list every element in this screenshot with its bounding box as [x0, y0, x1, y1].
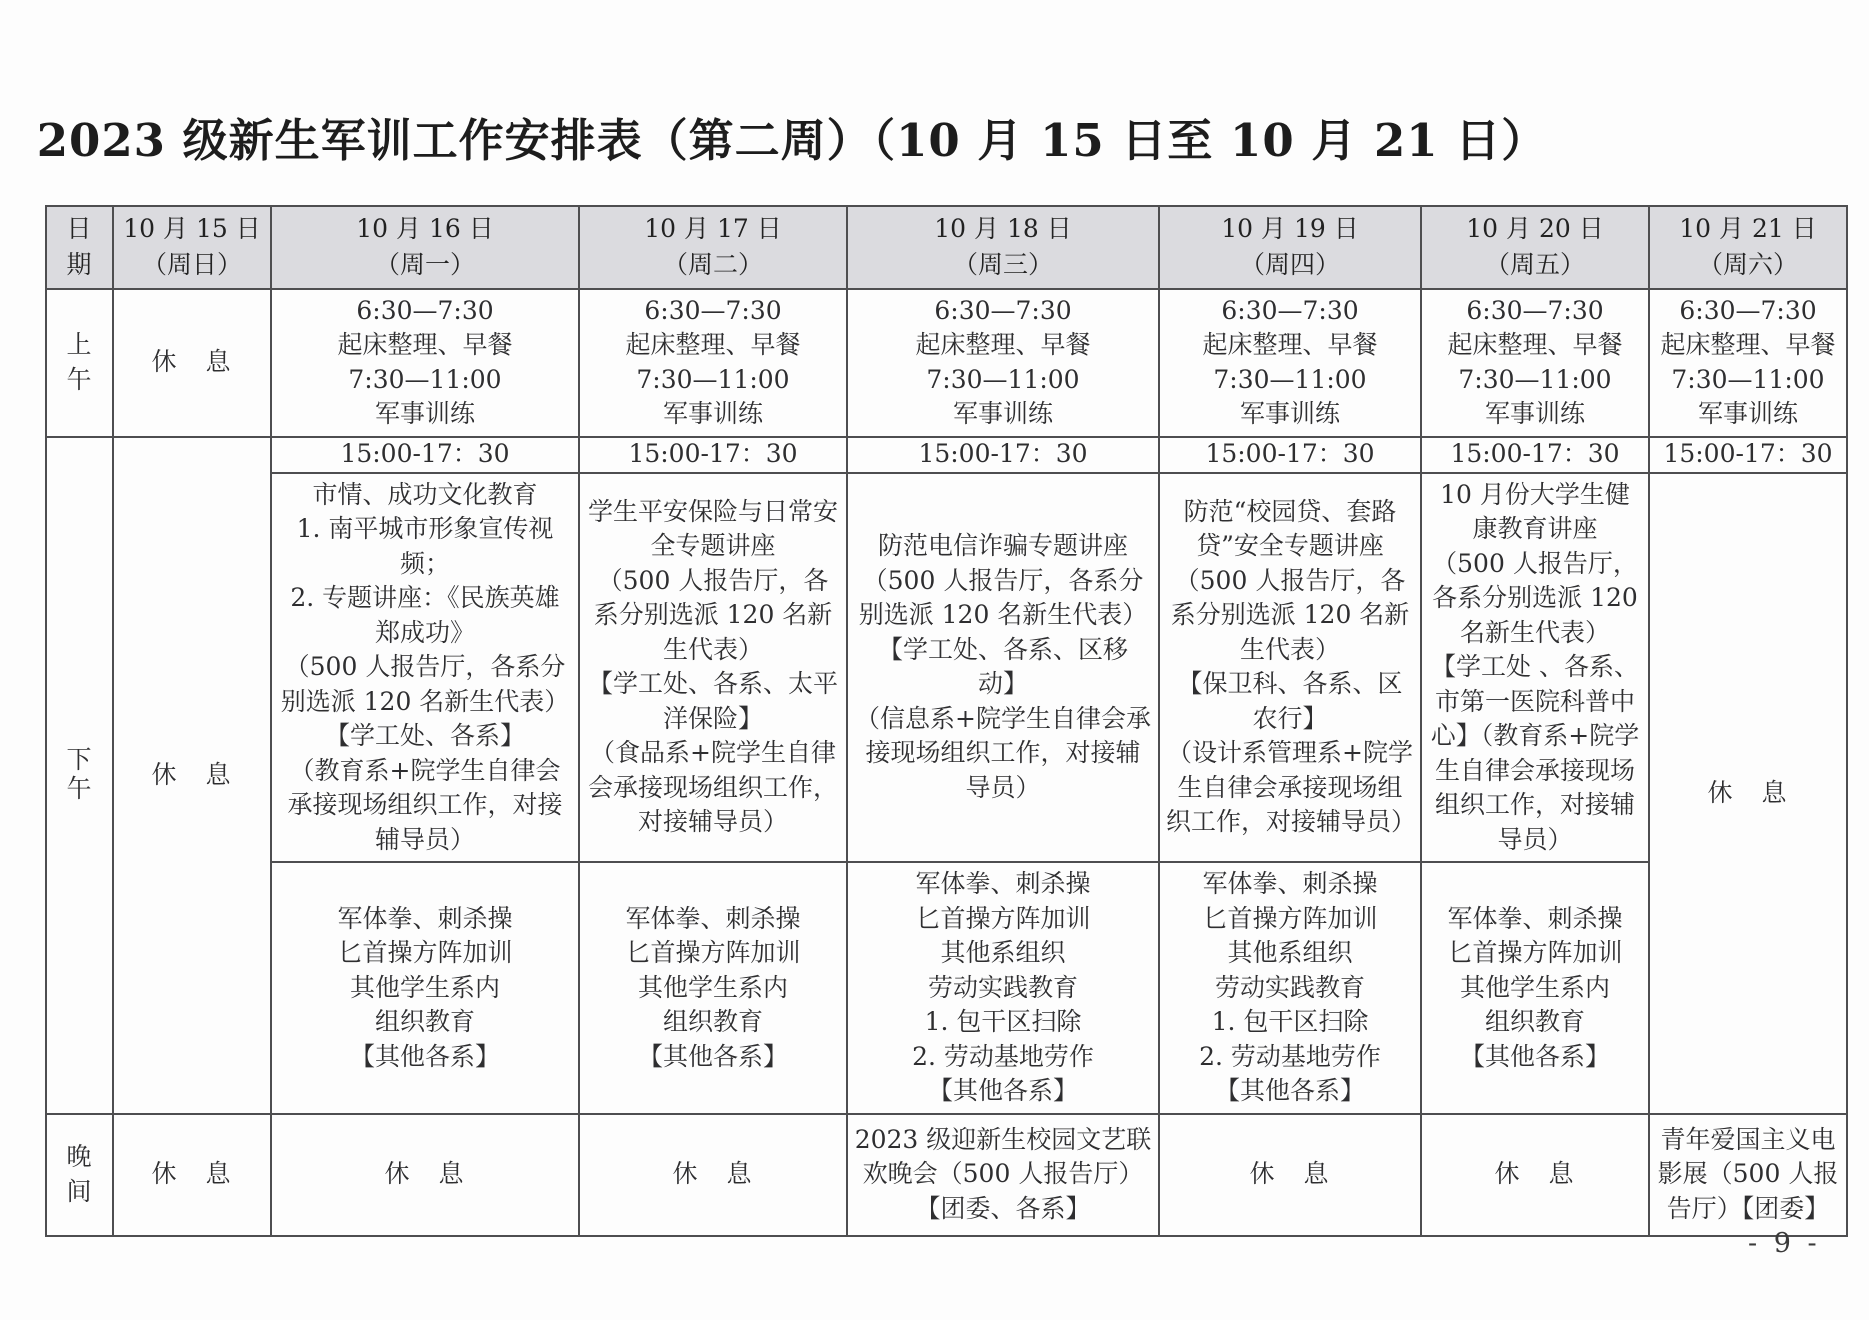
page-number: - 9 -: [1748, 1228, 1821, 1259]
cell-fri-afternoon-lecture: 10 月份大学生健康教育讲座 （500 人报告厅，各系分别选派 120 名新生代…: [1421, 473, 1649, 863]
cell-tue-morning-routine: 6:30—7:30 起床整理、早餐 7:30—11:00 军事训练: [579, 289, 847, 437]
cell-tue-afternoon-lecture: 学生平安保险与日常安全专题讲座 （500 人报告厅，各系分别选派 120 名新生…: [579, 473, 847, 863]
cell-thu-afternoon-lecture: 防范“校园贷、套路贷”安全专题讲座 （500 人报告厅，各系分别选派 120 名…: [1159, 473, 1421, 863]
cell-thu-evening-rest: 休 息: [1159, 1114, 1421, 1236]
cell-sun-evening-rest: 休 息: [113, 1114, 271, 1236]
cell-sat-morning-routine: 6:30—7:30 起床整理、早餐 7:30—11:00 军事训练: [1649, 289, 1847, 437]
cell-fri-afternoon-drill: 军体拳、刺杀操 匕首操方阵加训 其他学生系内 组织教育 【其他各系】: [1421, 862, 1649, 1114]
row-label-afternoon: 下 午: [46, 437, 113, 1114]
cell-fri-morning-routine: 6:30—7:30 起床整理、早餐 7:30—11:00 军事训练: [1421, 289, 1649, 437]
afternoon-lecture-row: 市情、成功文化教育 1. 南平城市形象宣传视频； 2. 专题讲座：《民族英雄郑成…: [46, 473, 1847, 863]
header-tuesday: 10 月 17 日 （周二）: [579, 206, 847, 289]
cell-wed-evening-event: 2023 级迎新生校园文艺联欢晚会（500 人报告厅） 【团委、各系】: [847, 1114, 1159, 1236]
morning-row: 上 午 休 息 6:30—7:30 起床整理、早餐 7:30—11:00 军事训…: [46, 289, 1847, 437]
cell-mon-afternoon-drill: 军体拳、刺杀操 匕首操方阵加训 其他学生系内 组织教育 【其他各系】: [271, 862, 579, 1114]
cell-thu-morning-routine: 6:30—7:30 起床整理、早餐 7:30—11:00 军事训练: [1159, 289, 1421, 437]
cell-sun-afternoon-rest: 休 息: [113, 437, 271, 1114]
afternoon-time-row: 下 午 休 息 15:00-17：30 15:00-17：30 15:00-17…: [46, 437, 1847, 473]
row-label-morning: 上 午: [46, 289, 113, 437]
cell-sat-evening-event: 青年爱国主义电影展（500 人报告厅）【团委】: [1649, 1114, 1847, 1236]
header-monday: 10 月 16 日 （周一）: [271, 206, 579, 289]
evening-row: 晚 间 休 息 休 息 休 息 2023 级迎新生校园文艺联欢晚会（500 人报…: [46, 1114, 1847, 1236]
header-date-label: 日 期: [46, 206, 113, 289]
cell-thu-afternoon-time: 15:00-17：30: [1159, 437, 1421, 473]
header-friday: 10 月 20 日 （周五）: [1421, 206, 1649, 289]
header-saturday: 10 月 21 日 （周六）: [1649, 206, 1847, 289]
table-header-row: 日 期 10 月 15 日 （周日） 10 月 16 日 （周一） 10 月 1…: [46, 206, 1847, 289]
cell-thu-afternoon-drill: 军体拳、刺杀操 匕首操方阵加训 其他系组织 劳动实践教育 1. 包干区扫除 2.…: [1159, 862, 1421, 1114]
cell-tue-afternoon-time: 15:00-17：30: [579, 437, 847, 473]
row-label-evening: 晚 间: [46, 1114, 113, 1236]
cell-mon-evening-rest: 休 息: [271, 1114, 579, 1236]
header-wednesday: 10 月 18 日 （周三）: [847, 206, 1159, 289]
cell-sat-afternoon-time: 15:00-17：30: [1649, 437, 1847, 473]
page-title: 2023 级新生军训工作安排表（第二周）（10 月 15 日至 10 月 21 …: [37, 104, 1548, 169]
cell-wed-afternoon-lecture: 防范电信诈骗专题讲座 （500 人报告厅，各系分别选派 120 名新生代表） 【…: [847, 473, 1159, 863]
afternoon-drill-row: 军体拳、刺杀操 匕首操方阵加训 其他学生系内 组织教育 【其他各系】 军体拳、刺…: [46, 862, 1847, 1114]
cell-tue-evening-rest: 休 息: [579, 1114, 847, 1236]
cell-sun-morning-rest: 休 息: [113, 289, 271, 437]
cell-wed-afternoon-time: 15:00-17：30: [847, 437, 1159, 473]
military-training-schedule-table: 日 期 10 月 15 日 （周日） 10 月 16 日 （周一） 10 月 1…: [45, 205, 1848, 1237]
cell-fri-afternoon-time: 15:00-17：30: [1421, 437, 1649, 473]
cell-sat-afternoon-rest: 休 息: [1649, 473, 1847, 1114]
cell-wed-afternoon-drill: 军体拳、刺杀操 匕首操方阵加训 其他系组织 劳动实践教育 1. 包干区扫除 2.…: [847, 862, 1159, 1114]
cell-mon-afternoon-lecture: 市情、成功文化教育 1. 南平城市形象宣传视频； 2. 专题讲座：《民族英雄郑成…: [271, 473, 579, 863]
header-thursday: 10 月 19 日 （周四）: [1159, 206, 1421, 289]
cell-mon-morning-routine: 6:30—7:30 起床整理、早餐 7:30—11:00 军事训练: [271, 289, 579, 437]
cell-fri-evening-rest: 休 息: [1421, 1114, 1649, 1236]
cell-tue-afternoon-drill: 军体拳、刺杀操 匕首操方阵加训 其他学生系内 组织教育 【其他各系】: [579, 862, 847, 1114]
cell-wed-morning-routine: 6:30—7:30 起床整理、早餐 7:30—11:00 军事训练: [847, 289, 1159, 437]
cell-mon-afternoon-time: 15:00-17：30: [271, 437, 579, 473]
header-sunday: 10 月 15 日 （周日）: [113, 206, 271, 289]
scanned-document-page: 2023 级新生军训工作安排表（第二周）（10 月 15 日至 10 月 21 …: [0, 0, 1869, 1320]
